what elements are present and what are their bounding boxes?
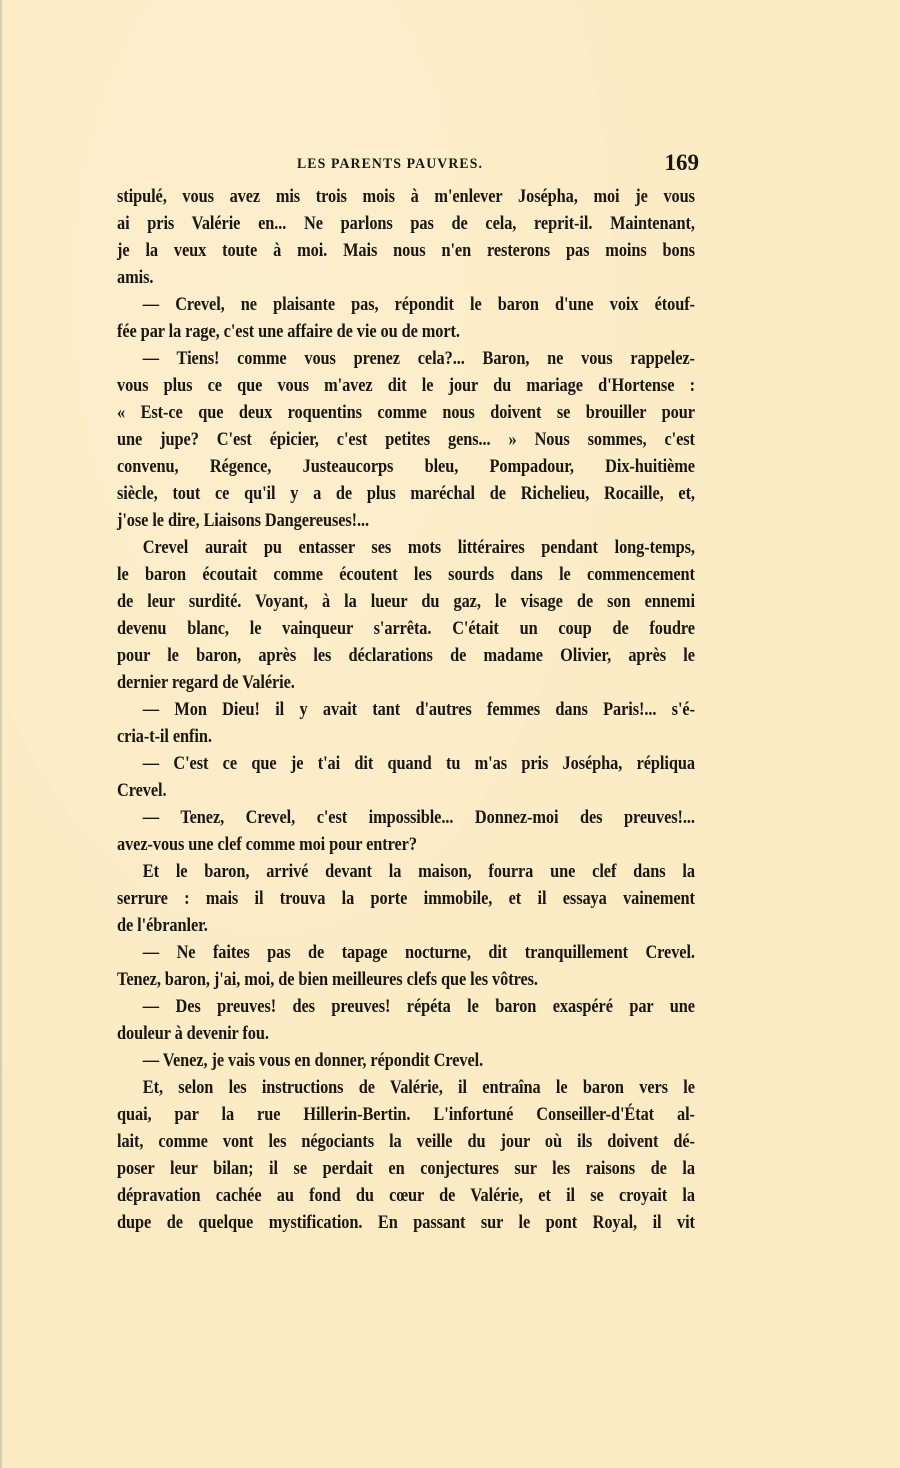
text-line: Et le baron, arrivé devant la maison, fo… bbox=[117, 858, 695, 885]
text-line: j'ose le dire, Liaisons Dangereuses!... bbox=[117, 507, 695, 534]
text-line: fée par la rage, c'est une affaire de vi… bbox=[117, 318, 695, 345]
text-line: — Mon Dieu! il y avait tant d'autres fem… bbox=[117, 696, 695, 723]
book-page: LES PARENTS PAUVRES. 169 stipulé, vous a… bbox=[0, 0, 900, 1468]
text-line: « Est-ce que deux roquentins comme nous … bbox=[117, 399, 695, 426]
text-line: — C'est ce que je t'ai dit quand tu m'as… bbox=[117, 750, 695, 777]
text-line: poser leur bilan; il se perdait en conje… bbox=[117, 1155, 695, 1182]
text-line: douleur à devenir fou. bbox=[117, 1020, 695, 1047]
text-line: Crevel aurait pu entasser ses mots litté… bbox=[117, 534, 695, 561]
text-line: avez-vous une clef comme moi pour entrer… bbox=[117, 831, 695, 858]
text-line: — Tiens! comme vous prenez cela?... Baro… bbox=[117, 345, 695, 372]
running-header: LES PARENTS PAUVRES. 169 bbox=[117, 150, 699, 180]
text-line: Tenez, baron, j'ai, moi, de bien meilleu… bbox=[117, 966, 695, 993]
text-line: une jupe? C'est épicier, c'est petites g… bbox=[117, 426, 695, 453]
text-line: convenu, Régence, Justeaucorps bleu, Pom… bbox=[117, 453, 695, 480]
text-line: stipulé, vous avez mis trois mois à m'en… bbox=[117, 183, 695, 210]
text-line: — Ne faites pas de tapage nocturne, dit … bbox=[117, 939, 695, 966]
text-line: dépravation cachée au fond du cœur de Va… bbox=[117, 1182, 695, 1209]
text-line: serrure : mais il trouva la porte immobi… bbox=[117, 885, 695, 912]
text-line: cria-t-il enfin. bbox=[117, 723, 695, 750]
text-line: pour le baron, après les déclarations de… bbox=[117, 642, 695, 669]
text-line: Crevel. bbox=[117, 777, 695, 804]
text-line: de leur surdité. Voyant, à la lueur du g… bbox=[117, 588, 695, 615]
page-number: 169 bbox=[665, 150, 700, 176]
text-line: — Tenez, Crevel, c'est impossible... Don… bbox=[117, 804, 695, 831]
text-line: devenu blanc, le vainqueur s'arrêta. C'é… bbox=[117, 615, 695, 642]
text-line: Et, selon les instructions de Valérie, i… bbox=[117, 1074, 695, 1101]
running-title: LES PARENTS PAUVRES. bbox=[297, 156, 483, 173]
text-line: vous plus ce que vous m'avez dit le jour… bbox=[117, 372, 695, 399]
text-line: amis. bbox=[117, 264, 695, 291]
page-edge bbox=[0, 0, 2, 1468]
text-line: dernier regard de Valérie. bbox=[117, 669, 695, 696]
text-line: — Venez, je vais vous en donner, répondi… bbox=[117, 1047, 695, 1074]
text-line: — Crevel, ne plaisante pas, répondit le … bbox=[117, 291, 695, 318]
text-line: — Des preuves! des preuves! répéta le ba… bbox=[117, 993, 695, 1020]
body-text: stipulé, vous avez mis trois mois à m'en… bbox=[117, 183, 695, 1236]
text-line: lait, comme vont les négociants la veill… bbox=[117, 1128, 695, 1155]
text-line: siècle, tout ce qu'il y a de plus maréch… bbox=[117, 480, 695, 507]
text-line: ai pris Valérie en... Ne parlons pas de … bbox=[117, 210, 695, 237]
text-line: le baron écoutait comme écoutent les sou… bbox=[117, 561, 695, 588]
text-line: de l'ébranler. bbox=[117, 912, 695, 939]
text-line: je la veux toute à moi. Mais nous n'en r… bbox=[117, 237, 695, 264]
text-line: dupe de quelque mystification. En passan… bbox=[117, 1209, 695, 1236]
text-line: quai, par la rue Hillerin-Bertin. L'info… bbox=[117, 1101, 695, 1128]
